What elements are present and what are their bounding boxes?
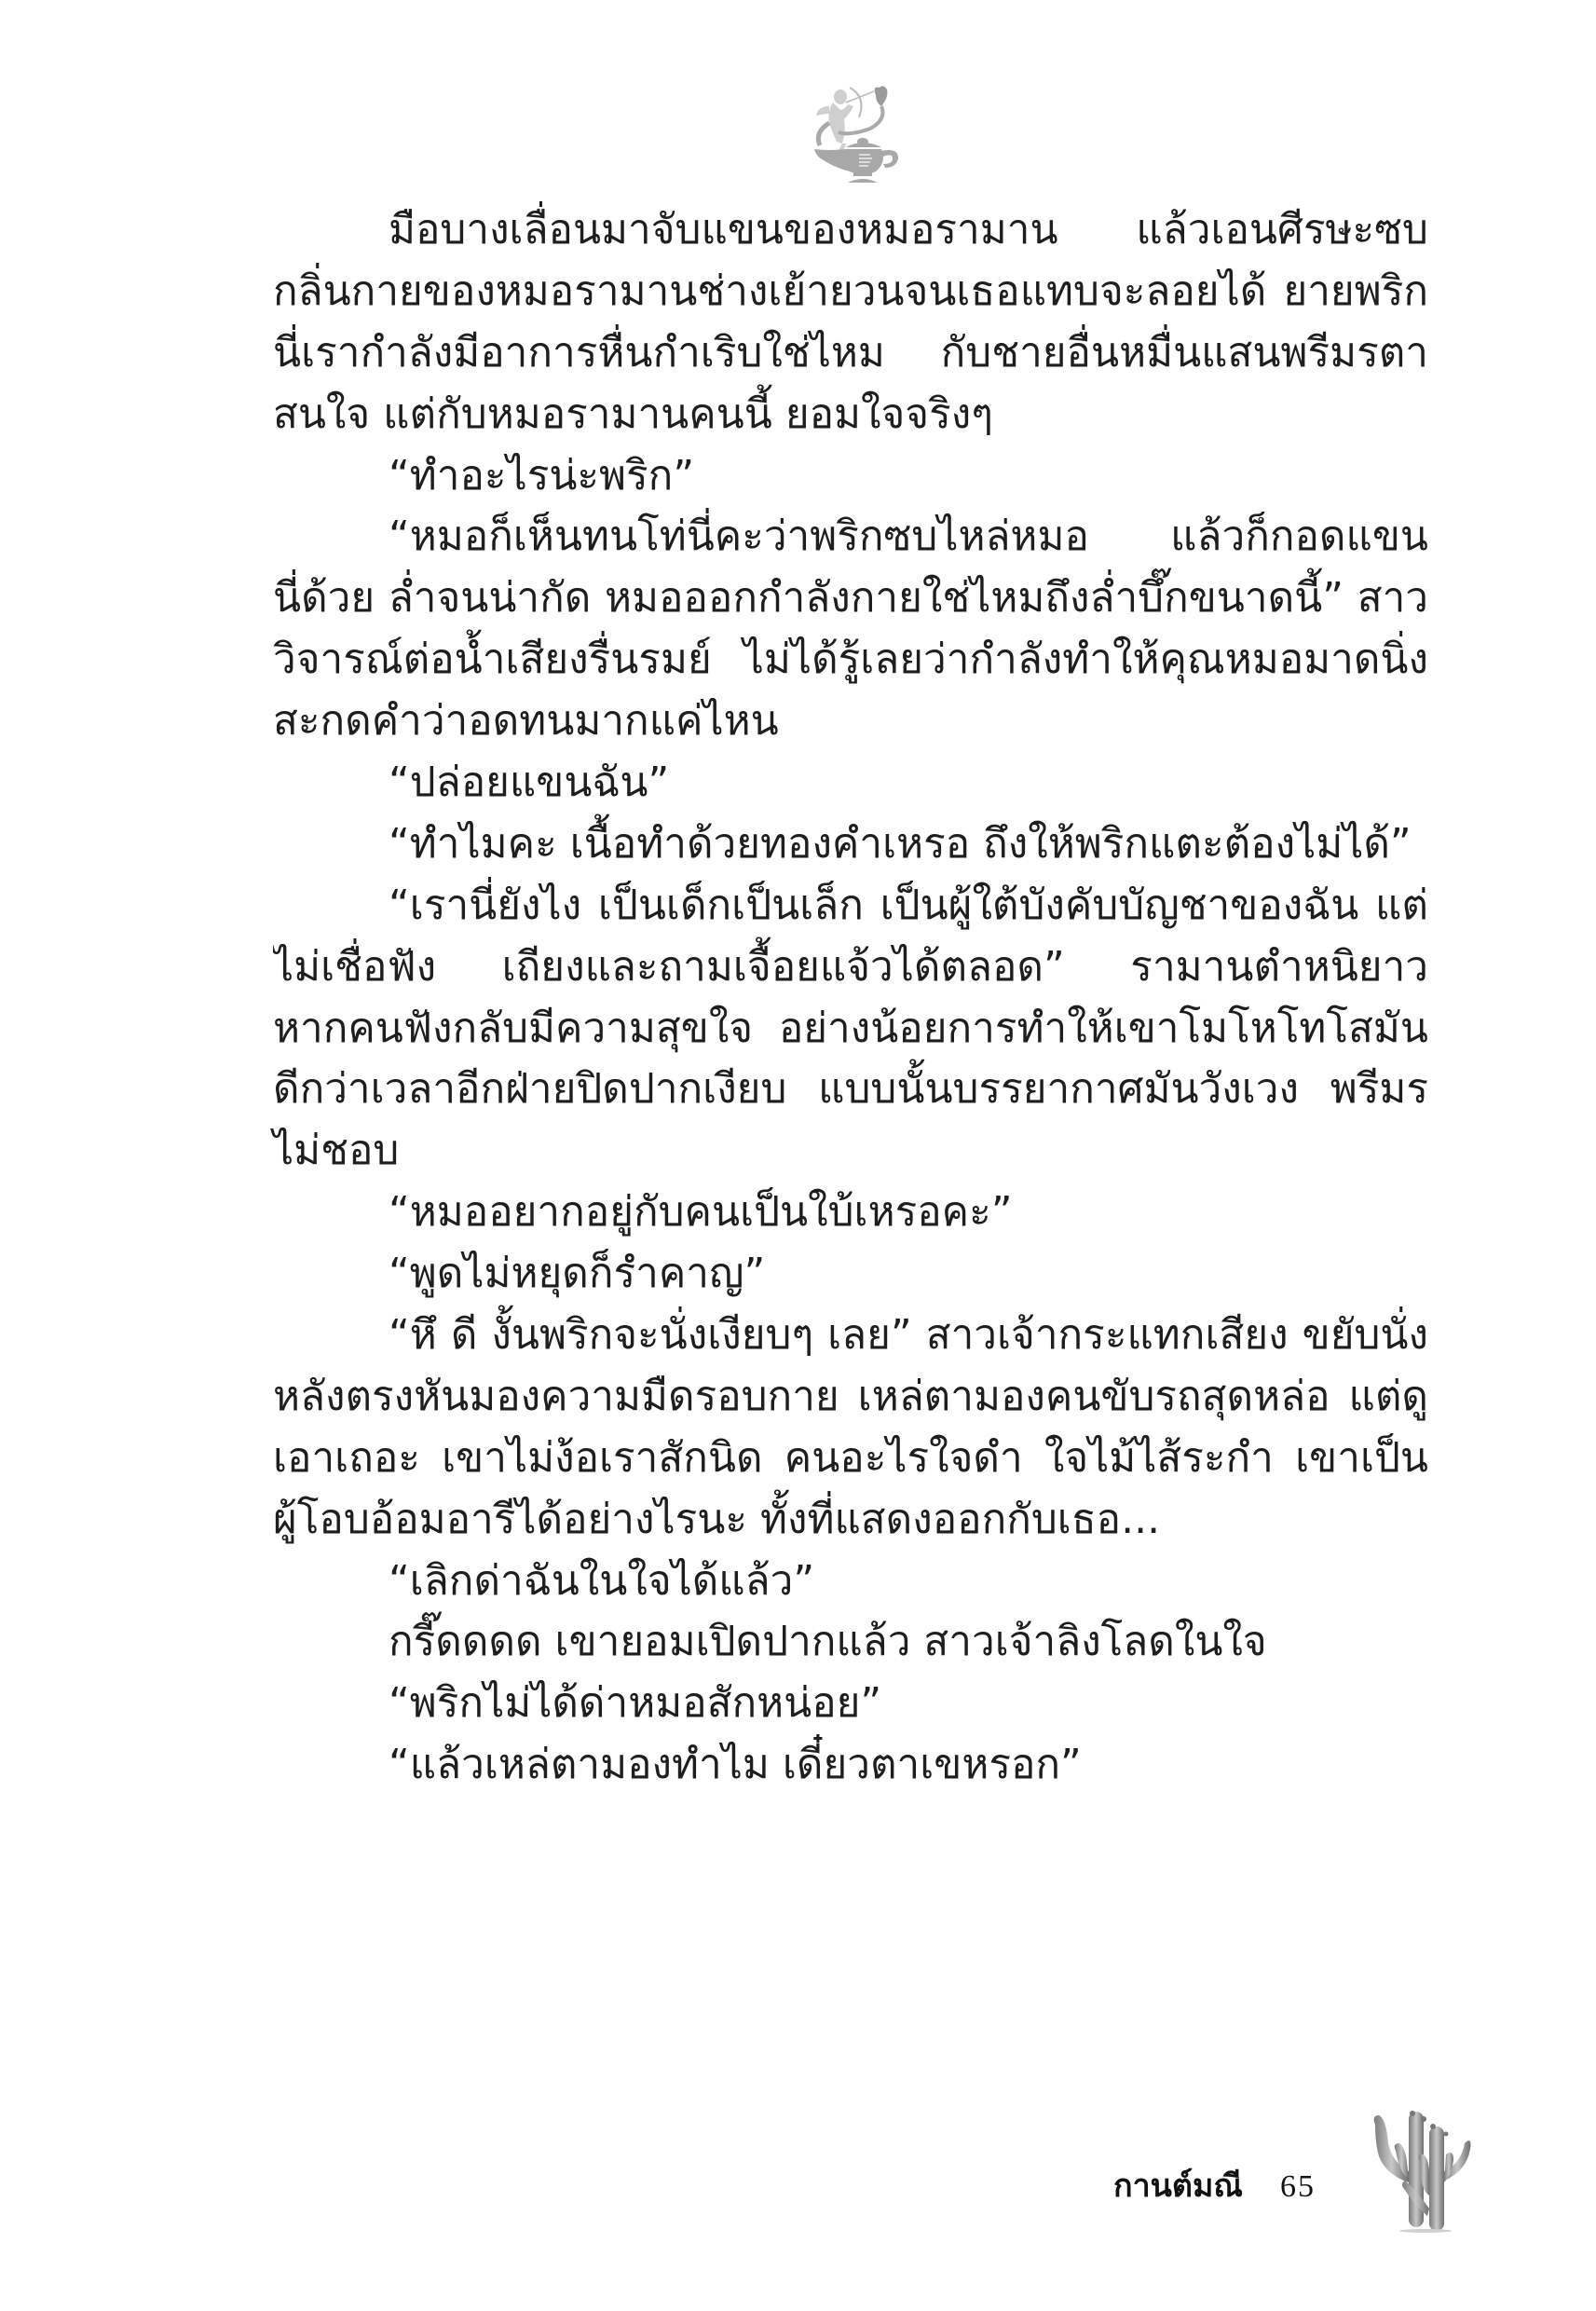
text-line: ผู้โอบอ้อมอารีได้อย่างไรนะ ทั้งที่แสดงออ…: [273, 1489, 1428, 1551]
page-number: 65: [1280, 2169, 1316, 2205]
text-line: หากคนฟังกลับมีความสุขใจ อย่างน้อยการทำให…: [273, 998, 1428, 1060]
text-line: ดีกว่าเวลาอีกฝ่ายปิดปากเงียบ แบบนั้นบรรย…: [273, 1059, 1428, 1120]
text-line: ไม่เชื่อฟัง เถียงและถามเจื้อยแจ้วได้ตลอด…: [273, 937, 1428, 998]
text-line: “ทำไมคะ เนื้อทำด้วยทองคำเหรอ ถึงให้พริกแ…: [273, 814, 1428, 875]
text-line: “เลิกด่าฉันในใจได้แล้ว”: [273, 1551, 1428, 1612]
text-line: “เรานี่ยังไง เป็นเด็กเป็นเล็ก เป็นผู้ใต้…: [273, 875, 1428, 937]
page-footer: กานต์มณี 65: [1113, 2160, 1316, 2207]
text-line: “ปล่อยแขนฉัน”: [273, 752, 1428, 814]
text-line: กรี๊ดดดด เขายอมเปิดปากแล้ว สาวเจ้าลิงโลด…: [273, 1611, 1428, 1673]
text-line: หลังตรงหันมองความมืดรอบกาย เหล่ตามองคนขั…: [273, 1366, 1428, 1428]
text-line: “พูดไม่หยุดก็รำคาญ”: [273, 1243, 1428, 1305]
text-line: “หึ ดี งั้นพริกจะนั่งเงียบๆ เลย” สาวเจ้า…: [273, 1305, 1428, 1366]
text-line: ไม่ชอบ: [273, 1120, 1428, 1182]
text-line: วิจารณ์ต่อน้ำเสียงรื่นรมย์ ไม่ได้รู้เลยว…: [273, 629, 1428, 691]
text-line: “แล้วเหล่ตามองทำไม เดี๋ยวตาเขหรอก”: [273, 1734, 1428, 1796]
text-line: สะกดคำว่าอดทนมากแค่ไหน: [273, 691, 1428, 752]
text-line: มือบางเลื่อนมาจับแขนของหมอรามาน แล้วเอนศ…: [273, 199, 1428, 261]
cupid-magic-lamp-icon: [801, 82, 904, 186]
text-line: สนใจ แต่กับหมอรามานคนนี้ ยอมใจจริงๆ: [273, 384, 1428, 445]
author-name: กานต์มณี: [1113, 2160, 1243, 2210]
cactus-icon: [1368, 2106, 1475, 2235]
body-text: มือบางเลื่อนมาจับแขนของหมอรามาน แล้วเอนศ…: [273, 199, 1428, 1796]
book-page: มือบางเลื่อนมาจับแขนของหมอรามาน แล้วเอนศ…: [0, 0, 1596, 2311]
text-line: “หมอก็เห็นทนโท่นี่คะว่าพริกซบไหล่หมอ แล้…: [273, 506, 1428, 567]
text-line: เอาเถอะ เขาไม่ง้อเราสักนิด คนอะไรใจดำ ใจ…: [273, 1428, 1428, 1489]
text-line: “พริกไม่ได้ด่าหมอสักหน่อย”: [273, 1673, 1428, 1734]
text-line: “ทำอะไรน่ะพริก”: [273, 445, 1428, 507]
text-line: กลิ่นกายของหมอรามานช่างเย้ายวนจนเธอแทบจะ…: [273, 261, 1428, 322]
text-line: นี่ด้วย ล่ำจนน่ากัด หมอออกกำลังกายใช่ไหม…: [273, 567, 1428, 629]
text-line: นี่เรากำลังมีอาการหื่นกำเริบใช่ไหม กับชา…: [273, 322, 1428, 384]
text-line: “หมออยากอยู่กับคนเป็นใบ้เหรอคะ”: [273, 1182, 1428, 1243]
